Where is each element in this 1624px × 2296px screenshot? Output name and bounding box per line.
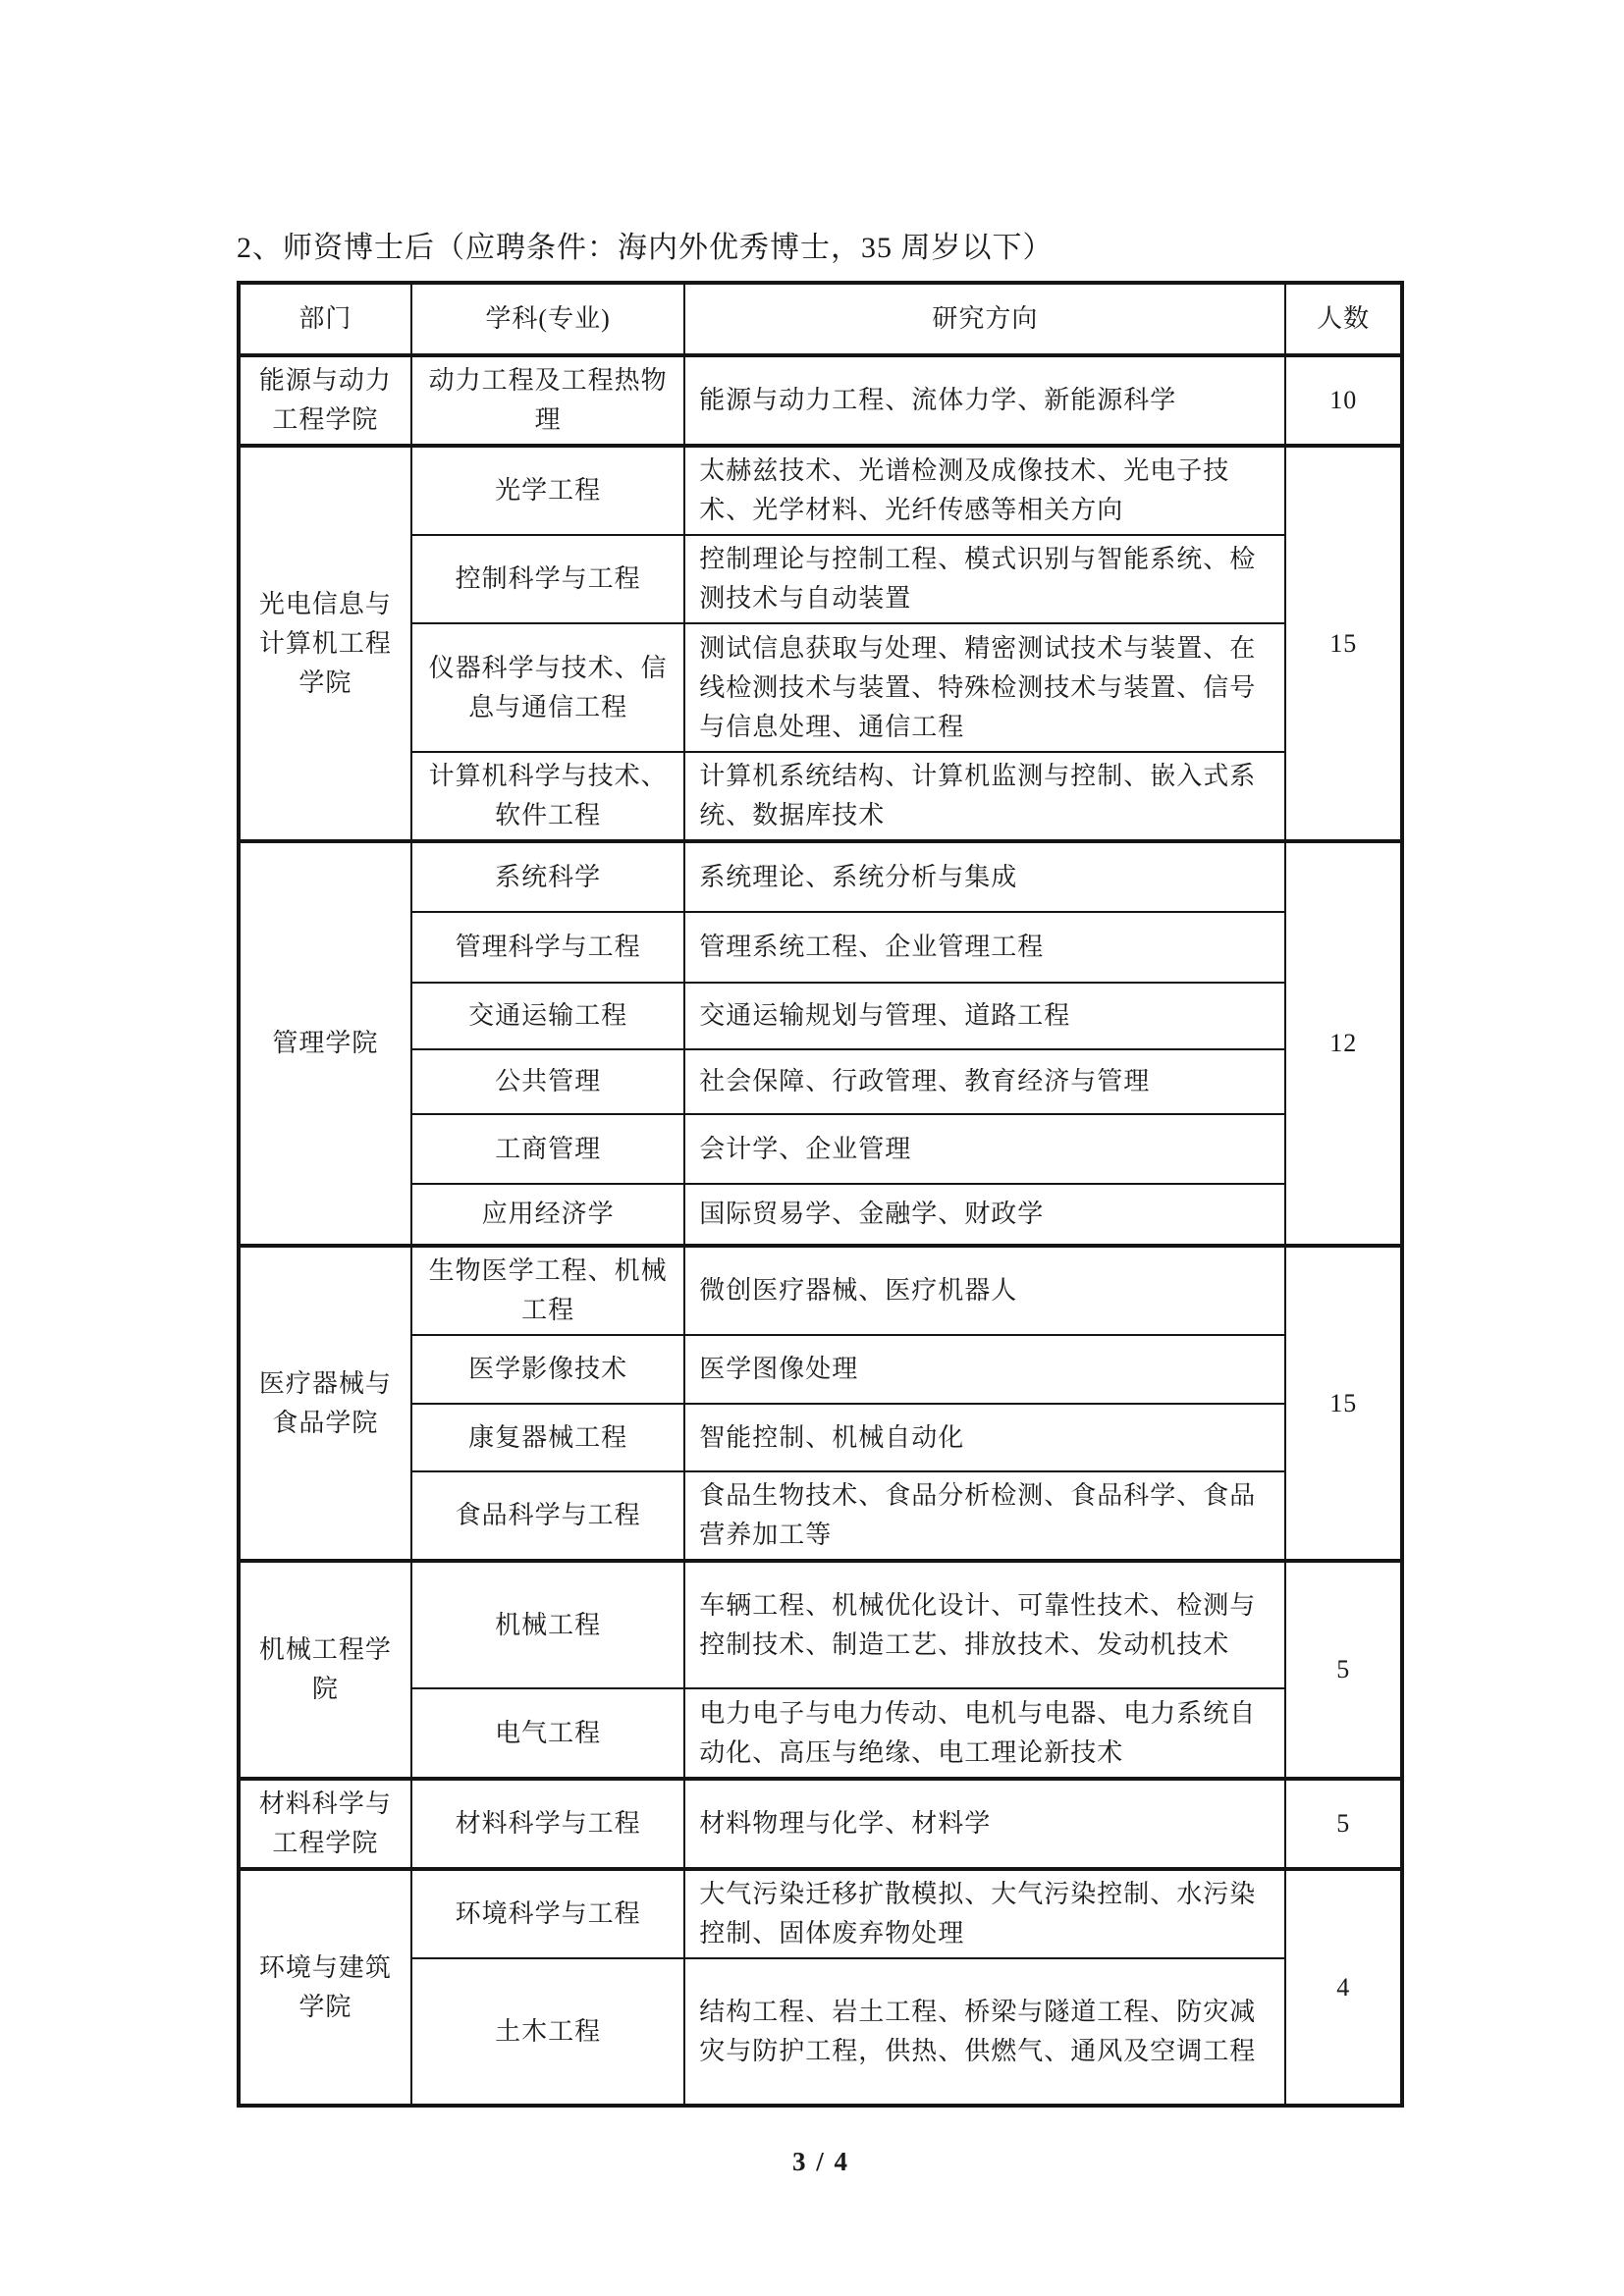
direction-cell: 大气污染迁移扩散模拟、大气污染控制、水污染控制、固体废弃物处理 <box>684 1869 1285 1958</box>
department-cell: 光电信息与计算机工程学院 <box>239 446 411 841</box>
subject-cell: 医学影像技术 <box>411 1335 684 1404</box>
count-cell: 4 <box>1285 1869 1402 2106</box>
direction-cell: 车辆工程、机械优化设计、可靠性技术、检测与控制技术、制造工艺、排放技术、发动机技… <box>684 1561 1285 1688</box>
table-body: 能源与动力工程学院动力工程及工程热物理能源与动力工程、流体力学、新能源科学10光… <box>239 355 1402 2106</box>
department-cell: 机械工程学院 <box>239 1561 411 1779</box>
recruitment-table: 部门 学科(专业) 研究方向 人数 能源与动力工程学院动力工程及工程热物理能源与… <box>237 281 1404 2108</box>
department-cell: 材料科学与工程学院 <box>239 1779 411 1869</box>
column-header-subject: 学科(专业) <box>411 283 684 355</box>
table-row: 交通运输工程交通运输规划与管理、道路工程 <box>239 983 1402 1049</box>
direction-cell: 控制理论与控制工程、模式识别与智能系统、检测技术与自动装置 <box>684 535 1285 623</box>
direction-cell: 管理系统工程、企业管理工程 <box>684 912 1285 983</box>
count-cell: 15 <box>1285 1246 1402 1561</box>
table-row: 电气工程电力电子与电力传动、电机与电器、电力系统自动化、高压与绝缘、电工理论新技… <box>239 1688 1402 1779</box>
subject-cell: 计算机科学与技术、软件工程 <box>411 752 684 841</box>
department-cell: 管理学院 <box>239 841 411 1246</box>
direction-cell: 系统理论、系统分析与集成 <box>684 841 1285 912</box>
table-row: 仪器科学与技术、信息与通信工程测试信息获取与处理、精密测试技术与装置、在线检测技… <box>239 623 1402 752</box>
subject-cell: 控制科学与工程 <box>411 535 684 623</box>
document-page: 2、师资博士后（应聘条件：海内外优秀博士，35 周岁以下） 部门 学科(专业) … <box>0 0 1624 2296</box>
subject-cell: 电气工程 <box>411 1688 684 1779</box>
table-row: 康复器械工程智能控制、机械自动化 <box>239 1404 1402 1471</box>
direction-cell: 智能控制、机械自动化 <box>684 1404 1285 1471</box>
table-row: 机械工程学院机械工程车辆工程、机械优化设计、可靠性技术、检测与控制技术、制造工艺… <box>239 1561 1402 1688</box>
subject-cell: 机械工程 <box>411 1561 684 1688</box>
table-row: 管理学院系统科学系统理论、系统分析与集成12 <box>239 841 1402 912</box>
direction-cell: 微创医疗器械、医疗机器人 <box>684 1246 1285 1335</box>
section-title: 2、师资博士后（应聘条件：海内外优秀博士，35 周岁以下） <box>237 226 1405 271</box>
count-cell: 12 <box>1285 841 1402 1246</box>
direction-cell: 测试信息获取与处理、精密测试技术与装置、在线检测技术与装置、特殊检测技术与装置、… <box>684 623 1285 752</box>
table-row: 控制科学与工程控制理论与控制工程、模式识别与智能系统、检测技术与自动装置 <box>239 535 1402 623</box>
direction-cell: 太赫兹技术、光谱检测及成像技术、光电子技术、光学材料、光纤传感等相关方向 <box>684 446 1285 535</box>
subject-cell: 光学工程 <box>411 446 684 535</box>
subject-cell: 材料科学与工程 <box>411 1779 684 1869</box>
direction-cell: 结构工程、岩土工程、桥梁与隧道工程、防灾减灾与防护工程，供热、供燃气、通风及空调… <box>684 1958 1285 2106</box>
subject-cell: 土木工程 <box>411 1958 684 2106</box>
table-row: 土木工程结构工程、岩土工程、桥梁与隧道工程、防灾减灾与防护工程，供热、供燃气、通… <box>239 1958 1402 2106</box>
subject-cell: 环境科学与工程 <box>411 1869 684 1958</box>
subject-cell: 应用经济学 <box>411 1184 684 1246</box>
direction-cell: 电力电子与电力传动、电机与电器、电力系统自动化、高压与绝缘、电工理论新技术 <box>684 1688 1285 1779</box>
table-row: 环境与建筑学院环境科学与工程大气污染迁移扩散模拟、大气污染控制、水污染控制、固体… <box>239 1869 1402 1958</box>
count-cell: 15 <box>1285 446 1402 841</box>
table-row: 光电信息与计算机工程学院光学工程太赫兹技术、光谱检测及成像技术、光电子技术、光学… <box>239 446 1402 535</box>
direction-cell: 医学图像处理 <box>684 1335 1285 1404</box>
direction-cell: 国际贸易学、金融学、财政学 <box>684 1184 1285 1246</box>
document-content: 2、师资博士后（应聘条件：海内外优秀博士，35 周岁以下） 部门 学科(专业) … <box>237 0 1405 2177</box>
direction-cell: 会计学、企业管理 <box>684 1114 1285 1184</box>
subject-cell: 动力工程及工程热物理 <box>411 355 684 446</box>
department-cell: 医疗器械与食品学院 <box>239 1246 411 1561</box>
table-row: 计算机科学与技术、软件工程计算机系统结构、计算机监测与控制、嵌入式系统、数据库技… <box>239 752 1402 841</box>
subject-cell: 仪器科学与技术、信息与通信工程 <box>411 623 684 752</box>
subject-cell: 食品科学与工程 <box>411 1471 684 1561</box>
department-cell: 能源与动力工程学院 <box>239 355 411 446</box>
table-row: 材料科学与工程学院材料科学与工程材料物理与化学、材料学5 <box>239 1779 1402 1869</box>
table-row: 能源与动力工程学院动力工程及工程热物理能源与动力工程、流体力学、新能源科学10 <box>239 355 1402 446</box>
subject-cell: 公共管理 <box>411 1049 684 1114</box>
table-row: 医疗器械与食品学院生物医学工程、机械工程微创医疗器械、医疗机器人15 <box>239 1246 1402 1335</box>
direction-cell: 社会保障、行政管理、教育经济与管理 <box>684 1049 1285 1114</box>
direction-cell: 材料物理与化学、材料学 <box>684 1779 1285 1869</box>
direction-cell: 食品生物技术、食品分析检测、食品科学、食品营养加工等 <box>684 1471 1285 1561</box>
count-cell: 5 <box>1285 1779 1402 1869</box>
subject-cell: 康复器械工程 <box>411 1404 684 1471</box>
table-row: 管理科学与工程管理系统工程、企业管理工程 <box>239 912 1402 983</box>
subject-cell: 系统科学 <box>411 841 684 912</box>
table-header-row: 部门 学科(专业) 研究方向 人数 <box>239 283 1402 355</box>
column-header-count: 人数 <box>1285 283 1402 355</box>
table-row: 应用经济学国际贸易学、金融学、财政学 <box>239 1184 1402 1246</box>
column-header-department: 部门 <box>239 283 411 355</box>
page-number: 3 / 4 <box>237 2147 1405 2177</box>
department-cell: 环境与建筑学院 <box>239 1869 411 2106</box>
subject-cell: 生物医学工程、机械工程 <box>411 1246 684 1335</box>
column-header-direction: 研究方向 <box>684 283 1285 355</box>
count-cell: 5 <box>1285 1561 1402 1779</box>
direction-cell: 能源与动力工程、流体力学、新能源科学 <box>684 355 1285 446</box>
table-row: 公共管理社会保障、行政管理、教育经济与管理 <box>239 1049 1402 1114</box>
subject-cell: 工商管理 <box>411 1114 684 1184</box>
table-row: 医学影像技术医学图像处理 <box>239 1335 1402 1404</box>
table-row: 工商管理会计学、企业管理 <box>239 1114 1402 1184</box>
direction-cell: 计算机系统结构、计算机监测与控制、嵌入式系统、数据库技术 <box>684 752 1285 841</box>
count-cell: 10 <box>1285 355 1402 446</box>
direction-cell: 交通运输规划与管理、道路工程 <box>684 983 1285 1049</box>
subject-cell: 交通运输工程 <box>411 983 684 1049</box>
subject-cell: 管理科学与工程 <box>411 912 684 983</box>
table-row: 食品科学与工程食品生物技术、食品分析检测、食品科学、食品营养加工等 <box>239 1471 1402 1561</box>
